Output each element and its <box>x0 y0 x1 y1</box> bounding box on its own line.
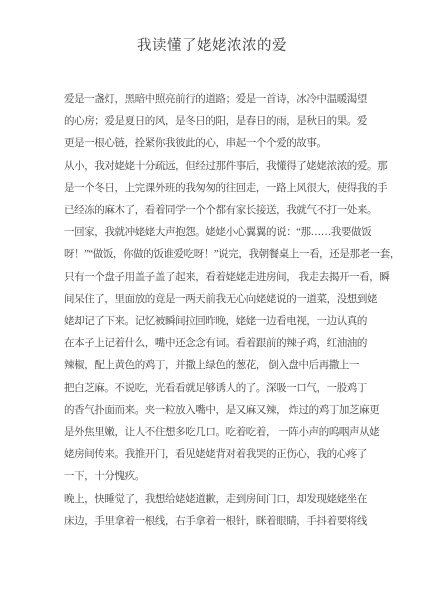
essay-body: 爱是一盏灯，黑暗中照亮前行的道路；爱是一首诗，冰冷中温暖渴望 的心房；爱是夏日的… <box>64 89 420 533</box>
essay-paragraph-4: 晚上，快睡觉了，我想给姥姥道歉，走到房间门口，却发现姥姥坐在 床边，手里拿着一根… <box>64 489 420 533</box>
essay-title: 我读懂了姥姥浓浓的爱 <box>0 34 424 58</box>
essay-paragraph-2: 从小，我对姥姥十分疏远，但经过那件事后，我懂得了姥姥浓浓的爱。那 是一个冬日，上… <box>64 156 420 223</box>
essay-paragraph-1: 爱是一盏灯，黑暗中照亮前行的道路；爱是一首诗，冰冷中温暖渴望 的心房；爱是夏日的… <box>64 89 420 156</box>
essay-paragraph-3: 一回家，我就冲姥姥大声抱怨。姥姥小心翼翼的说：“那……我要做饭 呀！”“做饭，你… <box>64 222 420 488</box>
document-page: 我读懂了姥姥浓浓的爱 爱是一盏灯，黑暗中照亮前行的道路；爱是一首诗，冰冷中温暖渴… <box>0 0 424 600</box>
